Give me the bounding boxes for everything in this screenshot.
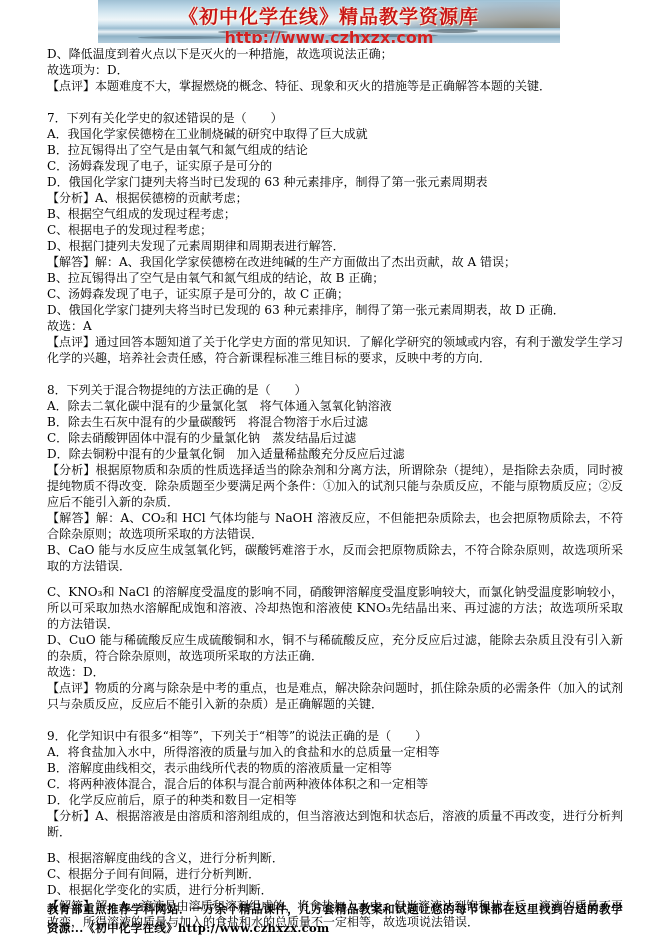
q7-solution-a: 【解答】解：A、我国化学家侯德榜在改进纯碱的生产方面做出了杰出贡献，故 A 错误… <box>47 254 623 270</box>
banner-url: http://www.czhxzx.com <box>98 28 560 43</box>
document-page: 《初中化学在线》精品教学资源库 http://www.czhxzx.com D、… <box>0 0 662 935</box>
q7-answer: 故选：A <box>47 318 623 334</box>
q7-analysis-b: B、根据空气组成的发现过程考虑； <box>47 206 623 222</box>
q8-solution-a: 【解答】解：A、CO₂和 HCl 气体均能与 NaOH 溶液反应，不但能把杂质除… <box>47 510 623 542</box>
banner-title: 《初中化学在线》精品教学资源库 <box>98 2 560 29</box>
q8-title: 8．下列关于混合物提纯的方法正确的是（ ） <box>47 382 623 398</box>
q9-option-d: D．化学反应前后，原子的种类和数目一定相等 <box>47 792 623 808</box>
q7-title: 7．下列有关化学史的叙述错误的是（ ） <box>47 110 623 126</box>
q8-analysis: 【分析】根据原物质和杂质的性质选择适当的除杂剂和分离方法，所谓除杂（提纯），是指… <box>47 462 623 510</box>
q8-solution-c: C、KNO₃和 NaCl 的溶解度受温度的影响不同，硝酸钾溶解度受温度影响较大，… <box>47 584 623 632</box>
q9-analysis-c: C、根据分子间有间隔，进行分析判断． <box>47 866 623 882</box>
site-banner: 《初中化学在线》精品教学资源库 http://www.czhxzx.com <box>98 0 560 43</box>
q8-comment: 【点评】物质的分离与除杂是中考的重点，也是难点，解决除杂问题时，抓住除杂质的必需… <box>47 680 623 712</box>
q7-solution-d: D、俄国化学家门捷列夫将当时已发现的 63 种元素排序，制得了第一张元素周期表，… <box>47 302 623 318</box>
q8-answer: 故选：D． <box>47 664 623 680</box>
document-body: D、降低温度到着火点以下是灭火的一种措施，故选项说法正确；故选项为：D．【点评】… <box>47 46 623 930</box>
q6-comment: 【点评】本题难度不大，掌握燃烧的概念、特征、现象和灭火的措施等是正确解答本题的关… <box>47 78 623 94</box>
q8-solution-d: D、CuO 能与稀硫酸反应生成硫酸铜和水，铜不与稀硫酸反应，充分反应后过滤，能除… <box>47 632 623 664</box>
q7-solution-c: C、汤姆森发现了电子，证实原子是可分的，故 C 正确； <box>47 286 623 302</box>
q7-solution-b: B、拉瓦锡得出了空气是由氧气和氮气组成的结论，故 B 正确； <box>47 270 623 286</box>
q8-option-b: B．除去生石灰中混有的少量碳酸钙 将混合物溶于水后过滤 <box>47 414 623 430</box>
q8-option-d: D．除去铜粉中混有的少量氧化铜 加入适量稀盐酸充分反应后过滤 <box>47 446 623 462</box>
q9-analysis-a: 【分析】A、根据溶液是由溶质和溶剂组成的，但当溶液达到饱和状态后，溶液的质量不再… <box>47 808 623 840</box>
q7-comment: 【点评】通过回答本题知道了关于化学史方面的常见知识．了解化学研究的领域或内容，有… <box>47 334 623 366</box>
q7-analysis-d: D、根据门捷列夫发现了元素周期律和周期表进行解答． <box>47 238 623 254</box>
q7-analysis-c: C、根据电子的发现过程考虑； <box>47 222 623 238</box>
q9-option-c: C．将两种液体混合，混合后的体积与混合前两种液体体积之和一定相等 <box>47 776 623 792</box>
q7-option-a: A．我国化学家侯德榜在工业制烧碱的研究中取得了巨大成就 <box>47 126 623 142</box>
footer-text: 教育部重点推荐学科网站．一万余个精品课件，几万套精品教案和试题让您的每节课都在这… <box>47 902 623 935</box>
q8-option-a: A．除去二氧化碳中混有的少量氯化氢 将气体通入氢氧化钠溶液 <box>47 398 623 414</box>
q9-option-a: A．将食盐加入水中，所得溶液的质量与加入的食盐和水的总质量一定相等 <box>47 744 623 760</box>
q8-option-c: C．除去硝酸钾固体中混有的少量氯化钠 蒸发结晶后过滤 <box>47 430 623 446</box>
q9-analysis-d: D、根据化学变化的实质，进行分析判断． <box>47 882 623 898</box>
q8-solution-b: B、CaO 能与水反应生成氢氧化钙，碳酸钙难溶于水，反而会把原物质除去，不符合除… <box>47 542 623 574</box>
q7-analysis-a: 【分析】A、根据侯德榜的贡献考虑； <box>47 190 623 206</box>
q6-answer: 故选项为：D． <box>47 62 623 78</box>
q9-option-b: B．溶解度曲线相交，表示曲线所代表的物质的溶液质量一定相等 <box>47 760 623 776</box>
q7-option-b: B．拉瓦锡得出了空气是由氧气和氮气组成的结论 <box>47 142 623 158</box>
q7-option-d: D．俄国化学家门捷列夫将当时已发现的 63 种元素排序，制得了第一张元素周期表 <box>47 174 623 190</box>
q6-option-d-analysis: D、降低温度到着火点以下是灭火的一种措施，故选项说法正确； <box>47 46 623 62</box>
footer: 教育部重点推荐学科网站．一万余个精品课件，几万套精品教案和试题让您的每节课都在这… <box>47 900 623 935</box>
q9-analysis-b: B、根据溶解度曲线的含义，进行分析判断． <box>47 850 623 866</box>
q7-option-c: C．汤姆森发现了电子，证实原子是可分的 <box>47 158 623 174</box>
q9-title: 9．化学知识中有很多“相等”，下列关于“相等”的说法正确的是（ ） <box>47 728 623 744</box>
